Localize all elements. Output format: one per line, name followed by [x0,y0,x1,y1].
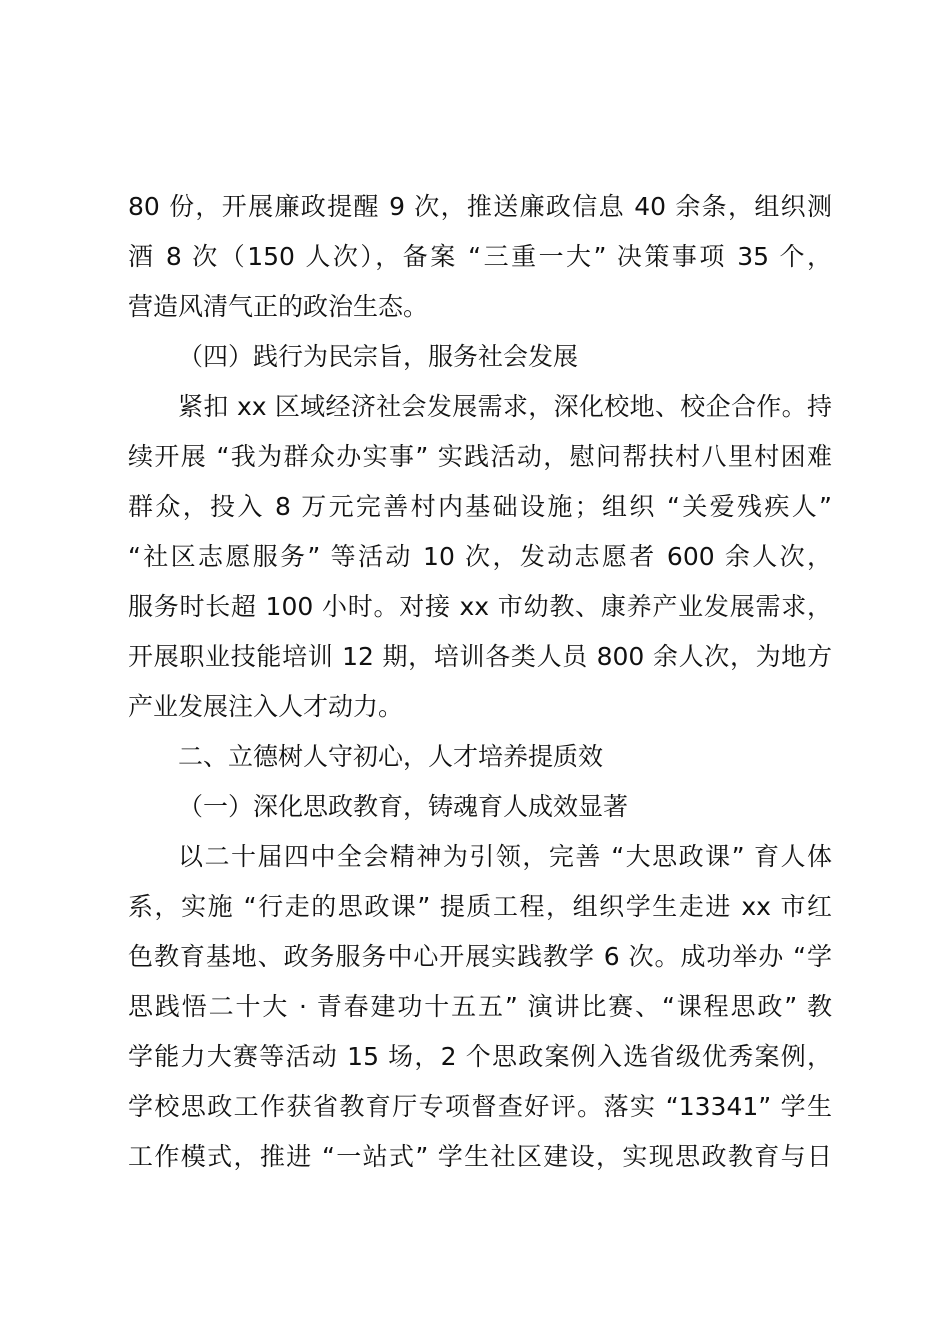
paragraph-line: 开展职业技能培训 12 期，培训各类人员 800 余人次，为地方 [128,632,832,682]
paragraph-line: “社区志愿服务” 等活动 10 次，发动志愿者 600 余人次， [128,532,832,582]
section-subheading: （一）深化思政教育，铸魂育人成效显著 [128,782,832,832]
section-heading: 二、立德树人守初心，人才培养提质效 [128,732,832,782]
paragraph-line: 思践悟二十大 · 青春建功十五五” 演讲比赛、“课程思政” 教 [128,982,832,1032]
paragraph-line: 工作模式，推进 “一站式” 学生社区建设，实现思政教育与日 [128,1132,832,1182]
paragraph-line: 以二十届四中全会精神为引领，完善 “大思政课” 育人体 [128,832,832,882]
paragraph-line: 营造风清气正的政治生态。 [128,282,832,332]
paragraph-line: 酒 8 次（150 人次），备案 “三重一大” 决策事项 35 个， [128,232,832,282]
paragraph-line: 学校思政工作获省教育厅专项督查好评。落实 “13341” 学生 [128,1082,832,1132]
paragraph-line: 色教育基地、政务服务中心开展实践教学 6 次。成功举办 “学 [128,932,832,982]
section-subheading: （四）践行为民宗旨，服务社会发展 [128,332,832,382]
paragraph-line: 群众，投入 8 万元完善村内基础设施；组织 “关爱残疾人” [128,482,832,532]
document-body: 80 份，开展廉政提醒 9 次，推送廉政信息 40 余条，组织测 酒 8 次（1… [128,182,832,1182]
paragraph-line: 紧扣 xx 区域经济社会发展需求，深化校地、校企合作。持 [128,382,832,432]
paragraph-line: 系，实施 “行走的思政课” 提质工程，组织学生走进 xx 市红 [128,882,832,932]
document-page: 80 份，开展廉政提醒 9 次，推送廉政信息 40 余条，组织测 酒 8 次（1… [0,0,950,1344]
paragraph-line: 80 份，开展廉政提醒 9 次，推送廉政信息 40 余条，组织测 [128,182,832,232]
paragraph-line: 服务时长超 100 小时。对接 xx 市幼教、康养产业发展需求， [128,582,832,632]
paragraph-line: 学能力大赛等活动 15 场，2 个思政案例入选省级优秀案例， [128,1032,832,1082]
paragraph-line: 续开展 “我为群众办实事” 实践活动，慰问帮扶村八里村困难 [128,432,832,482]
paragraph-line: 产业发展注入人才动力。 [128,682,832,732]
